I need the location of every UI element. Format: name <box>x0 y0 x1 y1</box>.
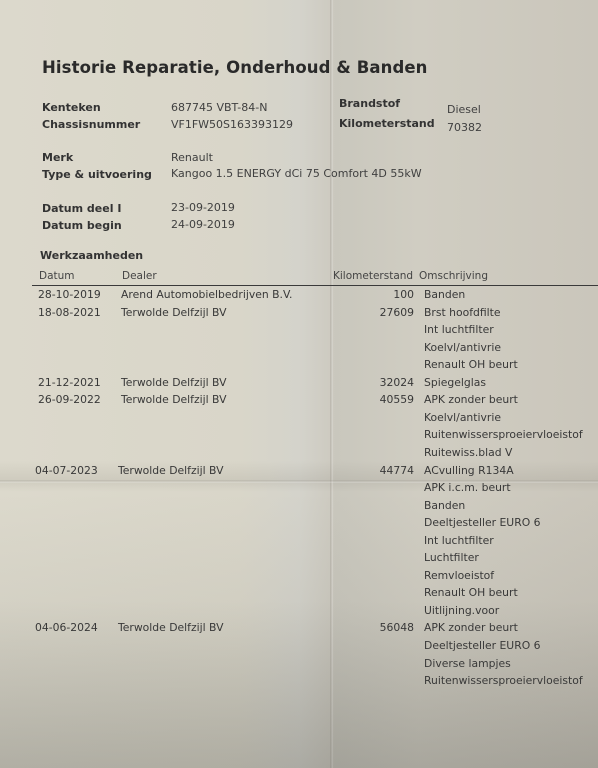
table-row: 04-06-2024Terwolde Delfzijl BV56048APK z… <box>0 621 598 639</box>
brandstof-label: Brandstof <box>339 97 400 110</box>
row-date: 18-08-2021 <box>38 306 101 319</box>
row-omschrijving: APK zonder beurt <box>424 393 518 406</box>
datum-deel-1-label: Datum deel I <box>42 202 121 215</box>
row-omschrijving: APK zonder beurt <box>424 621 518 634</box>
row-omschrijving: Deeltjesteller EURO 6 <box>424 639 541 652</box>
row-kilometerstand: 56048 <box>330 621 414 634</box>
row-date: 21-12-2021 <box>38 376 101 389</box>
row-dealer: Terwolde Delfzijl BV <box>121 393 227 406</box>
brandstof-value: Diesel <box>447 103 481 116</box>
row-date: 04-07-2023 <box>35 464 98 477</box>
table-row: Luchtfilter <box>0 551 598 569</box>
merk-value: Renault <box>171 151 213 164</box>
table-row: 21-12-2021Terwolde Delfzijl BV32024Spieg… <box>0 376 598 394</box>
table-row: Uitlijning.voor <box>0 604 598 622</box>
table-row: Diverse lampjes <box>0 657 598 675</box>
datum-begin-label: Datum begin <box>42 219 122 232</box>
table-row: 26-09-2022Terwolde Delfzijl BV40559APK z… <box>0 393 598 411</box>
row-date: 28-10-2019 <box>38 288 101 301</box>
kilometerstand-label: Kilometerstand <box>339 117 435 130</box>
row-kilometerstand: 44774 <box>330 464 414 477</box>
row-date: 04-06-2024 <box>35 621 98 634</box>
row-dealer: Terwolde Delfzijl BV <box>121 376 227 389</box>
row-kilometerstand: 32024 <box>330 376 414 389</box>
kenteken-label: Kenteken <box>42 101 101 114</box>
datum-begin-value: 24-09-2019 <box>171 218 235 231</box>
row-omschrijving: Spiegelglas <box>424 376 486 389</box>
row-omschrijving: Int luchtfilter <box>424 534 494 547</box>
table-row: 18-08-2021Terwolde Delfzijl BV27609Brst … <box>0 306 598 324</box>
kilometerstand-value: 70382 <box>447 121 482 134</box>
row-omschrijving: Renault OH beurt <box>424 586 518 599</box>
row-omschrijving: ACvulling R134A <box>424 464 514 477</box>
table-row: Deeltjesteller EURO 6 <box>0 639 598 657</box>
row-dealer: Terwolde Delfzijl BV <box>118 464 224 477</box>
row-omschrijving: Renault OH beurt <box>424 358 518 371</box>
table-header-rule <box>32 285 598 286</box>
table-row: Renault OH beurt <box>0 358 598 376</box>
chassisnummer-label: Chassisnummer <box>42 118 140 131</box>
row-omschrijving: Deeltjesteller EURO 6 <box>424 516 541 529</box>
row-dealer: Terwolde Delfzijl BV <box>121 306 227 319</box>
type-label: Type & uitvoering <box>42 168 152 181</box>
row-omschrijving: Remvloeistof <box>424 569 494 582</box>
column-header-kilometerstand: Kilometerstand <box>333 270 413 282</box>
document-title: Historie Reparatie, Onderhoud & Banden <box>42 58 428 77</box>
row-kilometerstand: 40559 <box>330 393 414 406</box>
row-omschrijving: Uitlijning.voor <box>424 604 499 617</box>
table-row: Ruitenwissersproeiervloeistof <box>0 674 598 692</box>
table-row: Banden <box>0 499 598 517</box>
table-row: Renault OH beurt <box>0 586 598 604</box>
row-omschrijving: Luchtfilter <box>424 551 479 564</box>
row-omschrijving: Diverse lampjes <box>424 657 511 670</box>
table-row: Int luchtfilter <box>0 534 598 552</box>
column-header-dealer: Dealer <box>122 270 157 282</box>
row-omschrijving: Ruitenwissersproeiervloeistof <box>424 674 583 687</box>
row-omschrijving: Koelvl/antivrie <box>424 411 501 424</box>
table-row: Koelvl/antivrie <box>0 411 598 429</box>
column-header-omschrijving: Omschrijving <box>419 270 488 282</box>
kenteken-value: 687745 VBT-84-N <box>171 101 267 114</box>
row-dealer: Terwolde Delfzijl BV <box>118 621 224 634</box>
table-row: Ruitenwissersproeiervloeistof <box>0 428 598 446</box>
table-row: Remvloeistof <box>0 569 598 587</box>
table-row: Deeltjesteller EURO 6 <box>0 516 598 534</box>
row-date: 26-09-2022 <box>38 393 101 406</box>
row-omschrijving: Banden <box>424 288 465 301</box>
row-omschrijving: Banden <box>424 499 465 512</box>
table-row: APK i.c.m. beurt <box>0 481 598 499</box>
row-omschrijving: Brst hoofdfilte <box>424 306 501 319</box>
table-row: 28-10-2019Arend Automobielbedrijven B.V.… <box>0 288 598 306</box>
row-omschrijving: Ruitewiss.blad V <box>424 446 512 459</box>
row-omschrijving: APK i.c.m. beurt <box>424 481 511 494</box>
row-kilometerstand: 100 <box>330 288 414 301</box>
merk-label: Merk <box>42 151 73 164</box>
row-dealer: Arend Automobielbedrijven B.V. <box>121 288 292 301</box>
datum-deel-1-value: 23-09-2019 <box>171 201 235 214</box>
table-row: Ruitewiss.blad V <box>0 446 598 464</box>
chassisnummer-value: VF1FW50S163393129 <box>171 118 293 131</box>
table-row: 04-07-2023Terwolde Delfzijl BV44774ACvul… <box>0 464 598 482</box>
column-header-datum: Datum <box>39 270 75 282</box>
row-omschrijving: Int luchtfilter <box>424 323 494 336</box>
table-row: Koelvl/antivrie <box>0 341 598 359</box>
table-row: Int luchtfilter <box>0 323 598 341</box>
row-omschrijving: Ruitenwissersproeiervloeistof <box>424 428 583 441</box>
maintenance-history-document: Historie Reparatie, Onderhoud & Banden K… <box>0 0 598 768</box>
type-value: Kangoo 1.5 ENERGY dCi 75 Comfort 4D 55kW <box>171 167 422 180</box>
row-omschrijving: Koelvl/antivrie <box>424 341 501 354</box>
werkzaamheden-heading: Werkzaamheden <box>40 249 143 262</box>
row-kilometerstand: 27609 <box>330 306 414 319</box>
